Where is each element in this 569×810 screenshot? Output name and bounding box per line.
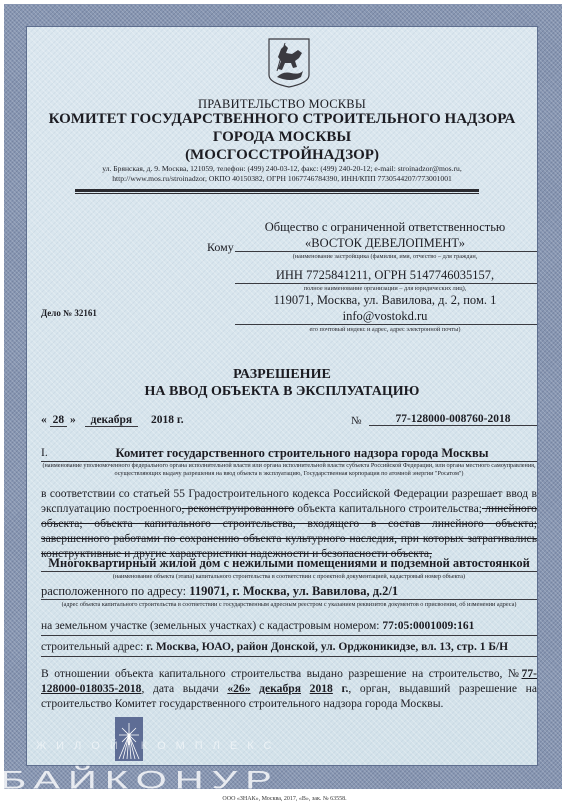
- cadastral-number: 77:05:0001009:161: [382, 620, 474, 632]
- government-name: ПРАВИТЕЛЬСТВО МОСКВЫ: [27, 97, 537, 112]
- land-plot-label: на земельном участке (земельных участках…: [41, 620, 382, 632]
- object-address-label: расположенного по адресу:: [41, 584, 189, 598]
- permit-body-text: в соответствии со статьей 55 Градостроит…: [41, 486, 537, 561]
- recipient-line1: Общество с ограниченной ответственностью: [235, 220, 535, 235]
- printer-imprint: ООО «ЗНАК», Москва, 2017, «В», зак. № 63…: [0, 796, 569, 802]
- recipient-company-name: «ВОСТОК ДЕВЕЛОПМЕНТ»: [235, 236, 535, 251]
- authority-hint: (наименование уполномоченного федерально…: [41, 462, 537, 478]
- recipient-hint-2: полное наименование организации – для юр…: [235, 285, 535, 292]
- section-numeral: I.: [41, 447, 48, 459]
- building-permit-year: 2018: [310, 682, 333, 695]
- date-close-quote: »: [70, 414, 76, 426]
- construction-address-value: г. Москва, ЮАО, район Донской, ул. Орджо…: [146, 641, 508, 653]
- date-month: декабря: [85, 414, 139, 427]
- committee-contacts: ул. Брянская, д. 9. Москва, 121059, теле…: [27, 164, 537, 184]
- building-permit-year-suffix: г.: [333, 682, 349, 695]
- object-name: Многоквартирный жилой дом с нежилыми пом…: [41, 556, 537, 571]
- header-divider-thick: [75, 189, 479, 192]
- baikonur-star-logo-icon: [115, 717, 143, 761]
- body-struck-text-1: , реконструированного: [182, 502, 295, 515]
- permit-number-label: №: [351, 415, 362, 427]
- document-title: РАЗРЕШЕНИЕ: [27, 367, 537, 383]
- recipient-underline-2: [235, 283, 537, 284]
- date-year: 2018 г.: [151, 414, 184, 426]
- object-underline: [41, 571, 537, 572]
- document-subtitle: НА ВВОД ОБЪЕКТА В ЭКСПЛУАТАЦИЮ: [27, 384, 537, 400]
- recipient-underline-1: [235, 251, 537, 252]
- header-divider-thin: [75, 193, 479, 194]
- body-text-2: объекта капитального строительства;: [294, 502, 482, 515]
- issuing-authority: Комитет государственного строительного н…: [67, 446, 537, 461]
- address-hint: (адрес объекта капитального строительств…: [41, 601, 537, 609]
- date-day: 28: [50, 414, 68, 427]
- permit-ref-text-2: , дата выдачи: [141, 682, 227, 695]
- document-border-frame: ПРАВИТЕЛЬСТВО МОСКВЫ КОМИТЕТ ГОСУДАРСТВЕ…: [4, 4, 562, 789]
- permit-number: 77-128000-008760-2018: [369, 413, 537, 426]
- moscow-coat-of-arms-icon: [267, 37, 311, 89]
- land-plot: на земельном участке (земельных участках…: [41, 620, 474, 632]
- recipient-address: 119071, Москва, ул. Вавилова, д. 2, пом.…: [235, 293, 535, 308]
- committee-name-line1: КОМИТЕТ ГОСУДАРСТВЕННОГО СТРОИТЕЛЬНОГО Н…: [27, 111, 537, 128]
- recipient-inn-ogrn: ИНН 7725841211, ОГРН 5147746035157,: [235, 268, 535, 283]
- recipient-email: info@vostokd.ru: [235, 309, 535, 324]
- document-body: ПРАВИТЕЛЬСТВО МОСКВЫ КОМИТЕТ ГОСУДАРСТВЕ…: [26, 26, 538, 766]
- recipient-label: Кому: [207, 240, 234, 255]
- building-permit-reference: В отношении объекта капитального строите…: [41, 666, 537, 711]
- object-hint: (наименование объекта (этапа) капитально…: [41, 573, 537, 581]
- recipient-hint-1: (наименование застройщика (фамилия, имя,…: [235, 253, 535, 260]
- contacts-line1: ул. Брянская, д. 9. Москва, 121059, теле…: [27, 164, 537, 174]
- recipient-hint-3: его почтовый индекс и адрес, адрес элект…: [235, 326, 535, 333]
- construction-address: строительный адрес: г. Москва, ЮАО, райо…: [41, 641, 508, 653]
- brand-name: БАЙКОНУР: [0, 768, 280, 793]
- contacts-line2: http://www.mos.ru/stroinadzor, ОКПО 4015…: [27, 174, 537, 184]
- address-underline: [41, 599, 537, 600]
- building-permit-day: «26»: [227, 682, 250, 695]
- object-address: расположенного по адресу: 119071, г. Мос…: [41, 584, 398, 599]
- committee-name-line2: ГОРОДА МОСКВЫ: [27, 129, 537, 146]
- construction-underline: [41, 656, 537, 657]
- land-underline: [41, 635, 537, 636]
- committee-abbreviation: (МОСГОССТРОЙНАДЗОР): [27, 147, 537, 164]
- recipient-underline-3: [235, 324, 537, 325]
- date-open-quote: «: [41, 414, 47, 426]
- issue-date: « 28 » декабря 2018 г.: [41, 414, 184, 427]
- building-permit-month: декабря: [259, 682, 301, 695]
- brand-subtitle: ЖИЛОЙ КОМПЛЕКС: [36, 740, 282, 752]
- construction-address-label: строительный адрес:: [41, 641, 146, 653]
- case-number: Дело № 32161: [41, 308, 97, 318]
- permit-ref-text-1: В отношении объекта капитального строите…: [41, 667, 522, 680]
- object-address-value: 119071, г. Москва, ул. Вавилова, д.2/1: [189, 584, 398, 598]
